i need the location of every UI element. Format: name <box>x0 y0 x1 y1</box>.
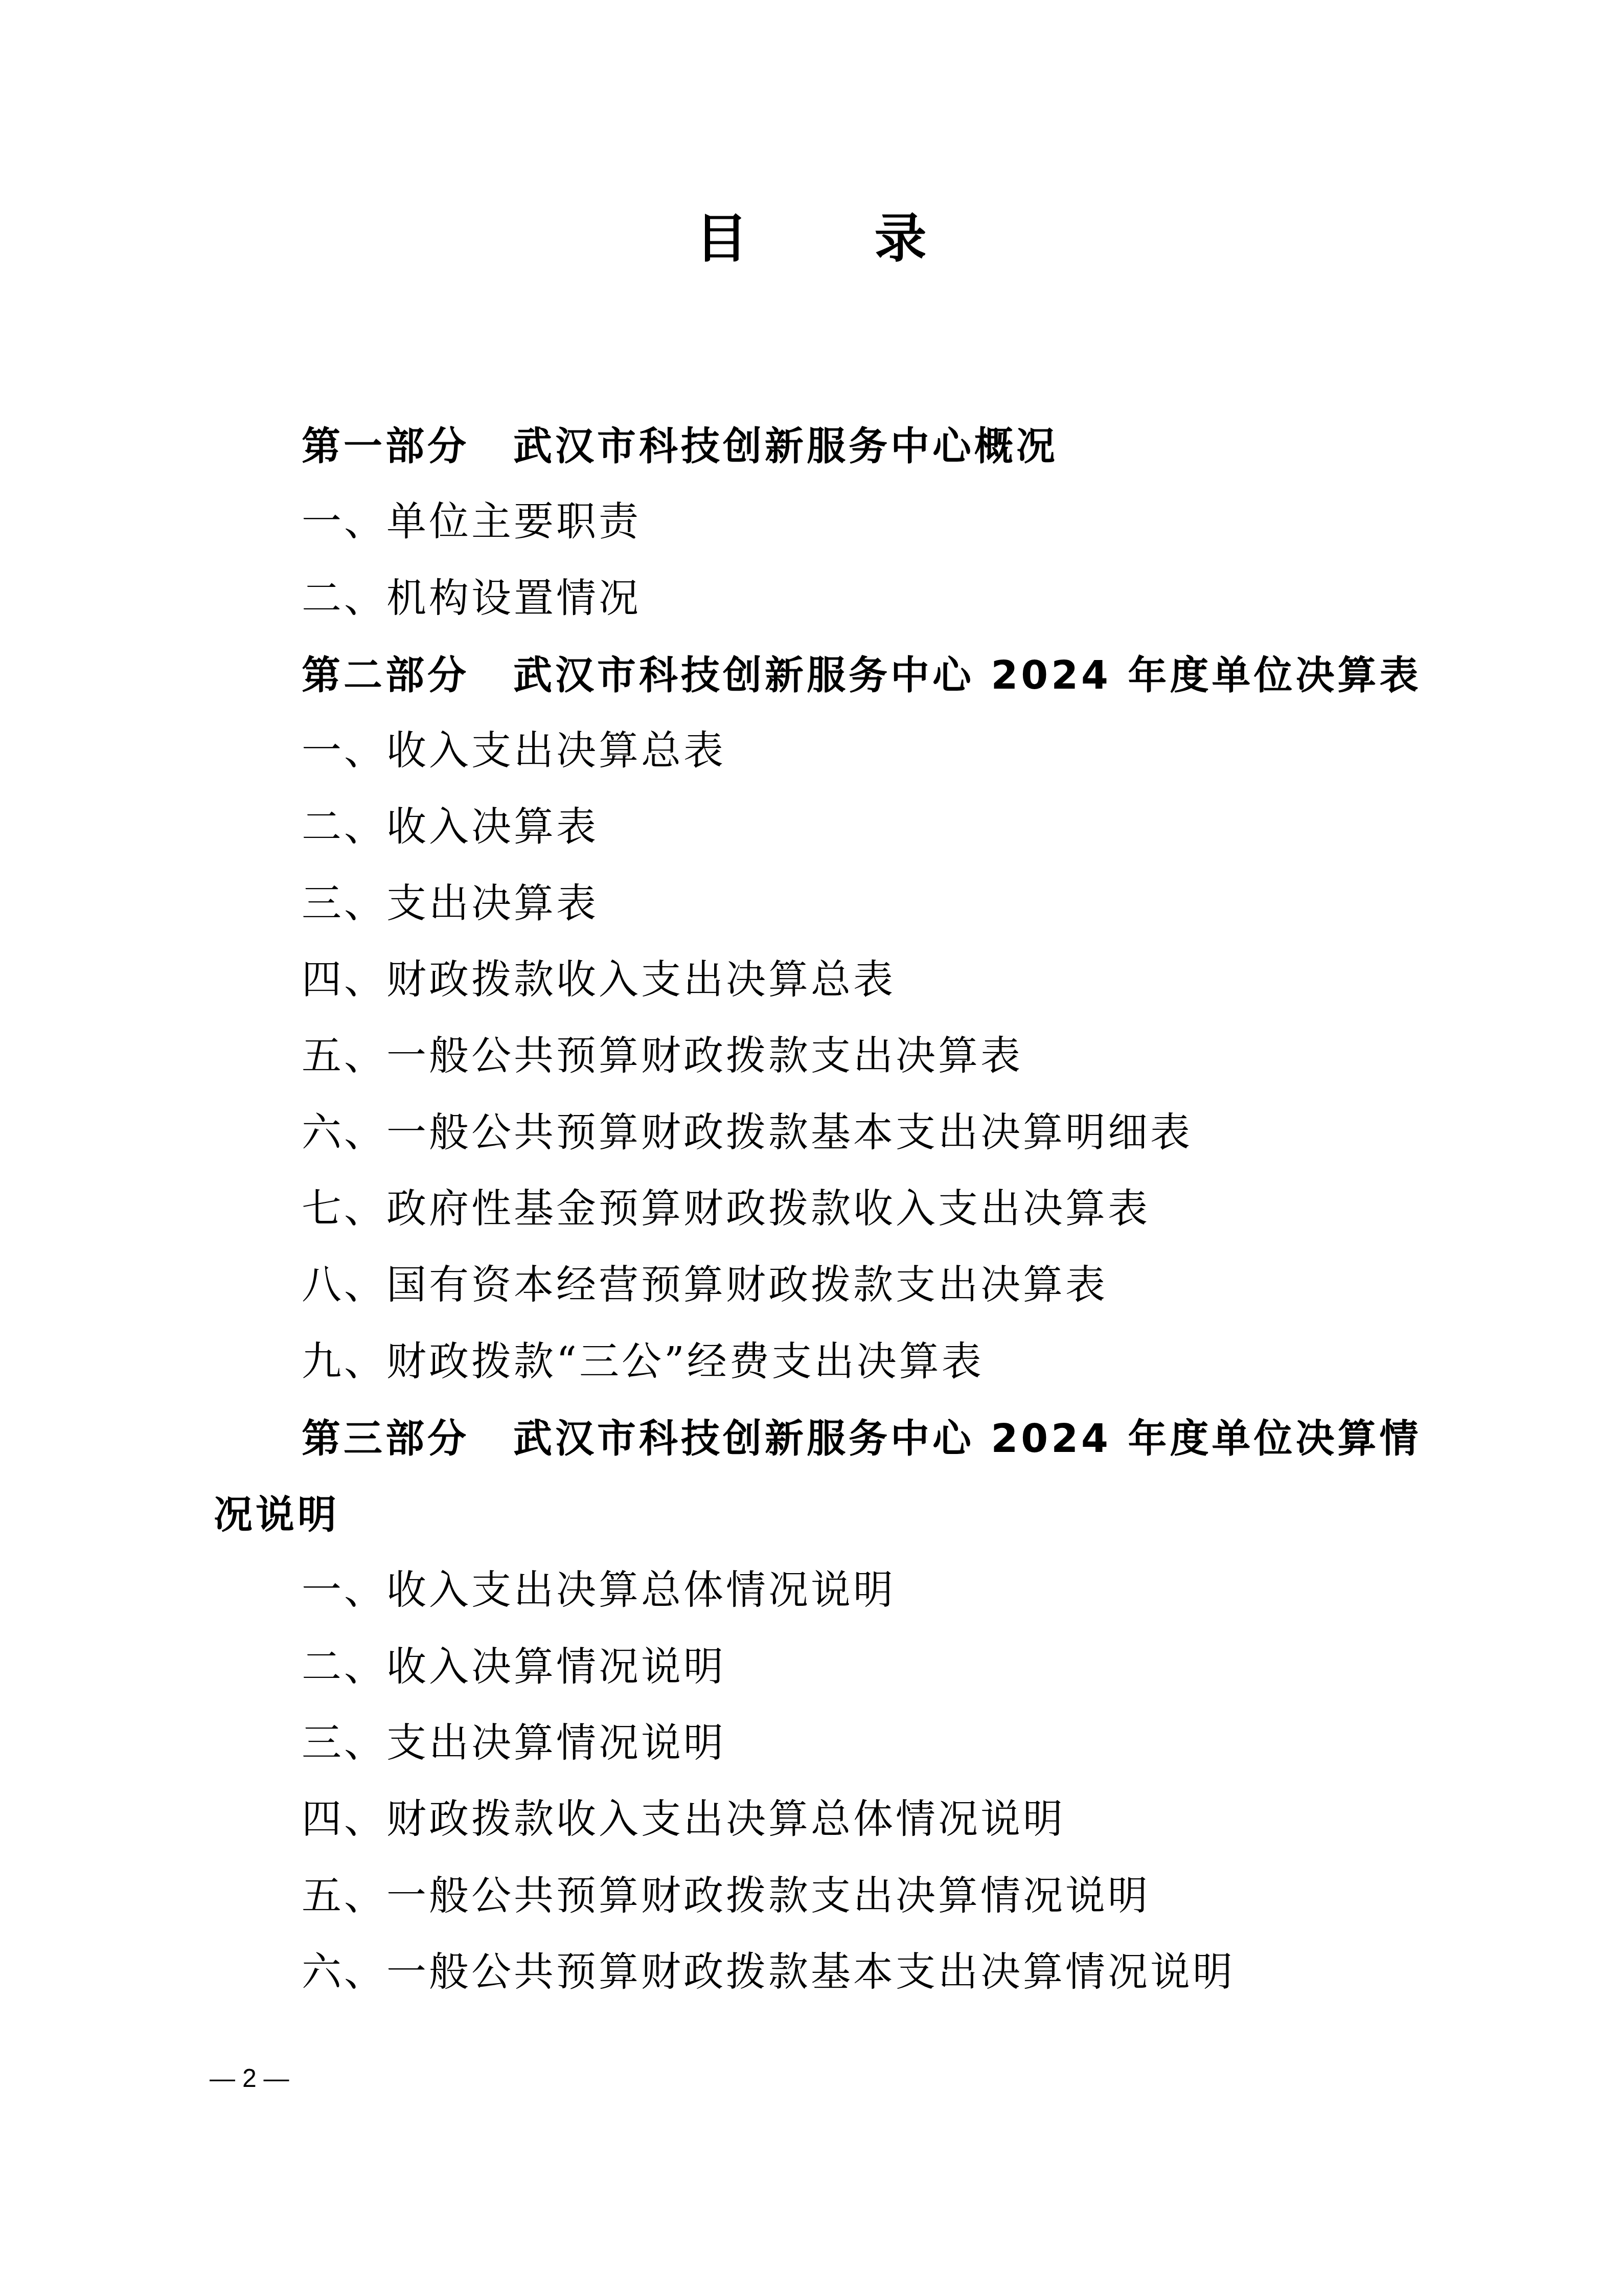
document-page: 目 录 第一部分武汉市科技创新服务中心概况 一、单位主要职责 二、机构设置情况 … <box>0 0 1622 2296</box>
toc-item: 六、一般公共预算财政拨款基本支出决算情况说明 <box>214 1935 1425 2011</box>
toc-item: 七、政府性基金预算财政拨款收入支出决算表 <box>214 1171 1425 1247</box>
table-of-contents: 第一部分武汉市科技创新服务中心概况 一、单位主要职责 二、机构设置情况 第二部分… <box>214 408 1425 2011</box>
toc-item: 九、财政拨款“三公”经费支出决算表 <box>214 1324 1425 1400</box>
toc-item: 一、单位主要职责 <box>214 484 1425 560</box>
toc-part-3: 第三部分武汉市科技创新服务中心 2024 年度单位决算情 <box>214 1400 1425 1476</box>
toc-item: 八、国有资本经营预算财政拨款支出决算表 <box>214 1247 1425 1324</box>
page-title: 目 录 <box>0 207 1622 271</box>
title-char-1: 目 <box>694 207 750 271</box>
part-title: 武汉市科技创新服务中心 2024 年度单位决算情 <box>513 1400 1421 1476</box>
toc-item: 二、收入决算表 <box>214 789 1425 866</box>
toc-part-2: 第二部分武汉市科技创新服务中心 2024 年度单位决算表 <box>214 637 1425 713</box>
title-char-2: 录 <box>873 207 929 271</box>
toc-item: 一、收入支出决算总表 <box>214 713 1425 789</box>
part-label: 第二部分 <box>302 637 469 713</box>
page-number: — 2 — <box>210 2060 289 2096</box>
toc-item: 二、机构设置情况 <box>214 561 1425 637</box>
toc-item: 五、一般公共预算财政拨款支出决算情况说明 <box>214 1858 1425 1935</box>
toc-part-3-continuation: 况说明 <box>214 1476 1425 1553</box>
part-label: 第三部分 <box>302 1400 469 1476</box>
toc-item: 六、一般公共预算财政拨款基本支出决算明细表 <box>214 1095 1425 1171</box>
toc-item: 五、一般公共预算财政拨款支出决算表 <box>214 1018 1425 1095</box>
toc-part-1: 第一部分武汉市科技创新服务中心概况 <box>214 408 1425 484</box>
part-label: 第一部分 <box>302 408 469 484</box>
toc-item: 二、收入决算情况说明 <box>214 1629 1425 1706</box>
toc-item: 四、财政拨款收入支出决算总体情况说明 <box>214 1782 1425 1858</box>
part-title: 武汉市科技创新服务中心概况 <box>513 408 1058 484</box>
toc-item: 四、财政拨款收入支出决算总表 <box>214 942 1425 1018</box>
toc-item: 三、支出决算表 <box>214 866 1425 942</box>
toc-item: 三、支出决算情况说明 <box>214 1706 1425 1782</box>
part-title: 武汉市科技创新服务中心 2024 年度单位决算表 <box>513 637 1421 713</box>
toc-item: 一、收入支出决算总体情况说明 <box>214 1553 1425 1629</box>
